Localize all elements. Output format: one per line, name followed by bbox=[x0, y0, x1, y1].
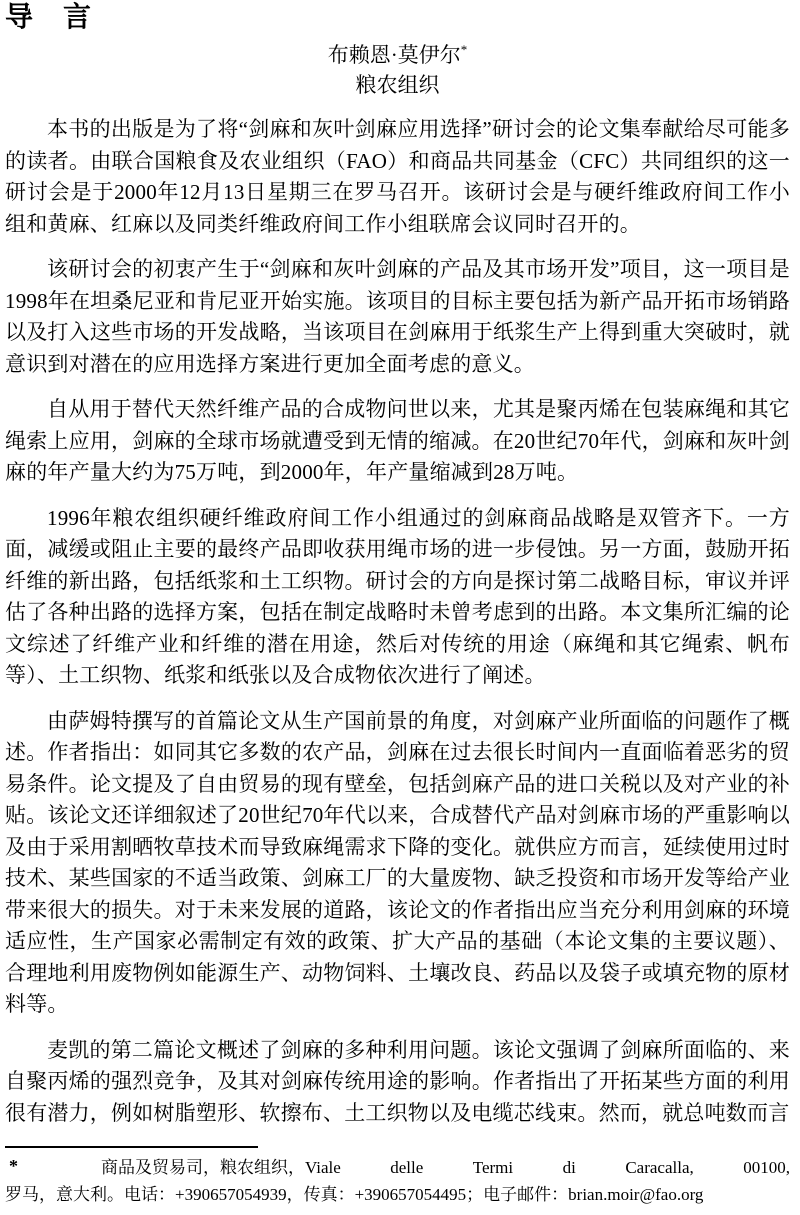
body-text: 本书的出版是为了将“剑麻和灰叶剑麻应用选择”研讨会的论文集奉献给尽可能多的读者。… bbox=[5, 114, 790, 1129]
document-page: 导 言 布赖恩·莫伊尔* 粮农组织 本书的出版是为了将“剑麻和灰叶剑麻应用选择”… bbox=[0, 0, 800, 1215]
paragraph-1: 本书的出版是为了将“剑麻和灰叶剑麻应用选择”研讨会的论文集奉献给尽可能多的读者。… bbox=[5, 114, 790, 240]
author-footnote-mark: * bbox=[461, 42, 468, 57]
footnote-address-segment: Caracalla, bbox=[625, 1154, 693, 1181]
footnote-address-segment: 商品及贸易司，粮农组织，Viale bbox=[101, 1154, 341, 1181]
footnote-address-segment: delle bbox=[390, 1154, 423, 1181]
footnote: * 商品及贸易司，粮农组织，Viale delle Termi di Carac… bbox=[5, 1146, 790, 1208]
footnote-contact-line: 罗马，意大利。电话：+390657054939，传真：+390657054495… bbox=[5, 1181, 790, 1208]
paragraph-4: 1996年粮农组织硬纤维政府间工作小组通过的剑麻商品战略是双管齐下。一方面，减缓… bbox=[5, 503, 790, 692]
paragraph-2: 该研讨会的初衷产生于“剑麻和灰叶剑麻的产品及其市场开发”项目，这一项目是1998… bbox=[5, 254, 790, 380]
footnote-address-segment: 00100, bbox=[743, 1154, 790, 1181]
footnote-separator bbox=[5, 1146, 258, 1148]
author-line: 布赖恩·莫伊尔* bbox=[5, 40, 790, 70]
footnote-address-line: 商品及贸易司，粮农组织，Viale delle Termi di Caracal… bbox=[5, 1154, 790, 1181]
author-name: 布赖恩·莫伊尔 bbox=[328, 43, 461, 67]
paragraph-6: 麦凯的第二篇论文概述了剑麻的多种利用问题。该论文强调了剑麻所面临的、来自聚丙烯的… bbox=[5, 1035, 790, 1130]
footnote-address-segment: Termi bbox=[473, 1154, 513, 1181]
paragraph-3: 自从用于替代天然纤维产品的合成物问世以来，尤其是聚丙烯在包装麻绳和其它绳索上应用… bbox=[5, 394, 790, 489]
footnote-address-segment: di bbox=[563, 1154, 576, 1181]
page-title: 导 言 bbox=[5, 2, 790, 34]
footnote-marker: * bbox=[9, 1156, 18, 1177]
affiliation: 粮农组织 bbox=[5, 70, 790, 100]
paragraph-5: 由萨姆特撰写的首篇论文从生产国前景的角度，对剑麻产业所面临的问题作了概述。作者指… bbox=[5, 706, 790, 1021]
